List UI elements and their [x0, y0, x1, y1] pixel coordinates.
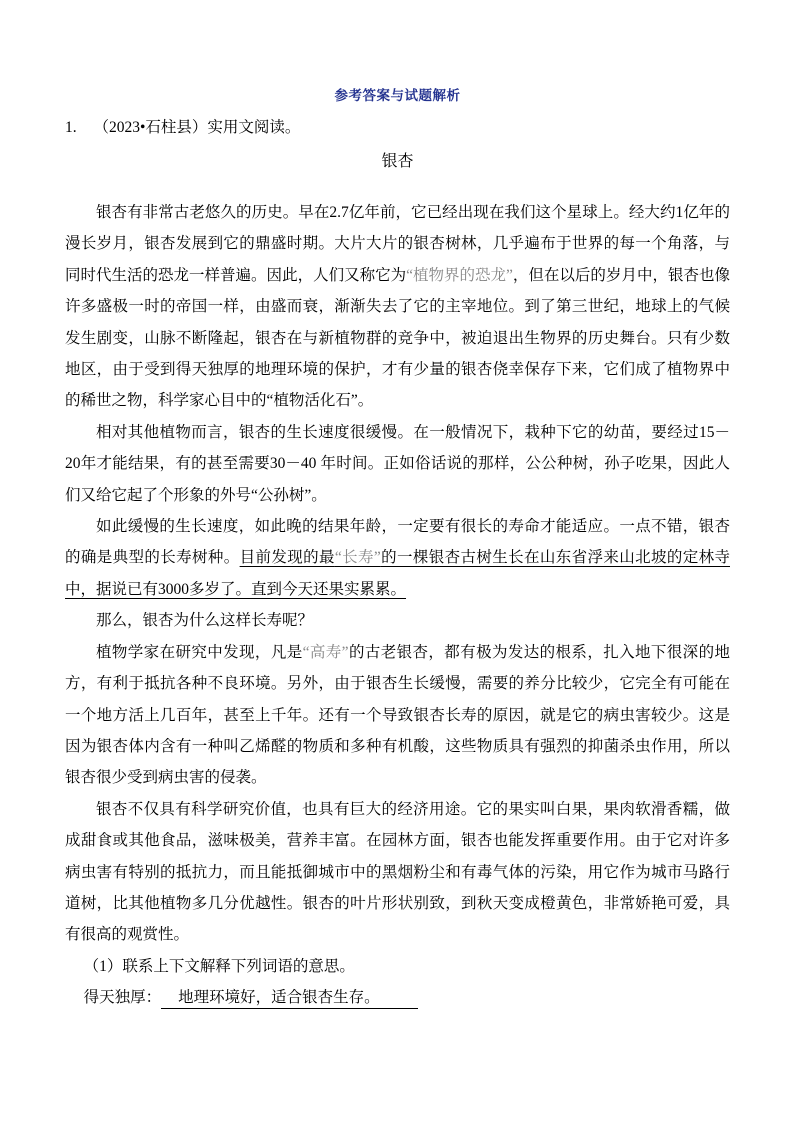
highlighted-term: “高寿” — [303, 644, 349, 661]
paragraph: 相对其他植物而言，银杏的生长速度很缓慢。在一般情况下，栽种下它的幼苗，要经过15… — [65, 417, 730, 511]
sub-question-1: （1）联系上下文解释下列词语的意思。 — [65, 951, 730, 982]
question-number: 1. — [65, 118, 77, 138]
highlighted-term: “长寿” — [335, 549, 381, 566]
paragraph: 那么，银杏为什么这样长寿呢？ — [65, 605, 730, 636]
answer-key-heading: 参考答案与试题解析 — [65, 88, 730, 103]
text-segment: 目前发现的最 — [240, 549, 335, 566]
paragraph: 植物学家在研究中发现，凡是“高寿”的古老银杏，都有极为发达的根系，扎入地下很深的… — [65, 637, 730, 794]
text-segment: 的古老银杏，都有极为发达的根系，扎入地下很深的地方，有利于抵抗各种不良环境。另外… — [65, 644, 730, 787]
highlighted-term: “植物界的恐龙” — [406, 267, 513, 284]
text-segment: ，但在以后的岁月中，银杏也像许多盛极一时的帝国一样，由盛而衰，渐渐失去了它的主宰… — [65, 267, 730, 410]
vocab-answer: 地理环境好，适合银杏生存。 — [161, 989, 418, 1009]
text-segment: 相对其他植物而言，银杏的生长速度很缓慢。在一般情况下，栽种下它的幼苗，要经过15… — [65, 424, 730, 504]
paragraph: 银杏不仅具有科学研究价值，也具有巨大的经济用途。它的果实叫白果，果肉软滑香糯，做… — [65, 794, 730, 951]
text-segment: 银杏不仅具有科学研究价值，也具有巨大的经济用途。它的果实叫白果，果肉软滑香糯，做… — [65, 801, 730, 944]
vocab-term: 得天独厚： — [84, 989, 162, 1006]
paragraph: 如此缓慢的生长速度，如此晚的结果年龄，一定要有很长的寿命才能适应。一点不错，银杏… — [65, 511, 730, 605]
article-body: 银杏有非常古老悠久的历史。早在2.7亿年前，它已经出现在我们这个星球上。经大约1… — [65, 197, 730, 951]
document-page: 参考答案与试题解析 1. （2023•石柱县）实用文阅读。 银杏 银杏有非常古老… — [0, 0, 794, 1123]
question-item-1: 1. （2023•石柱县）实用文阅读。 — [65, 118, 730, 138]
article-title: 银杏 — [65, 152, 730, 172]
vocab-answer-line: 得天独厚：地理环境好，适合银杏生存。 — [65, 982, 730, 1013]
page-content: 参考答案与试题解析 1. （2023•石柱县）实用文阅读。 银杏 银杏有非常古老… — [65, 88, 730, 1014]
text-segment: 植物学家在研究中发现，凡是 — [96, 644, 303, 661]
text-segment: 那么，银杏为什么这样长寿呢？ — [96, 612, 313, 629]
question-intro: （2023•石柱县）实用文阅读。 — [94, 118, 301, 138]
paragraph: 银杏有非常古老悠久的历史。早在2.7亿年前，它已经出现在我们这个星球上。经大约1… — [65, 197, 730, 417]
